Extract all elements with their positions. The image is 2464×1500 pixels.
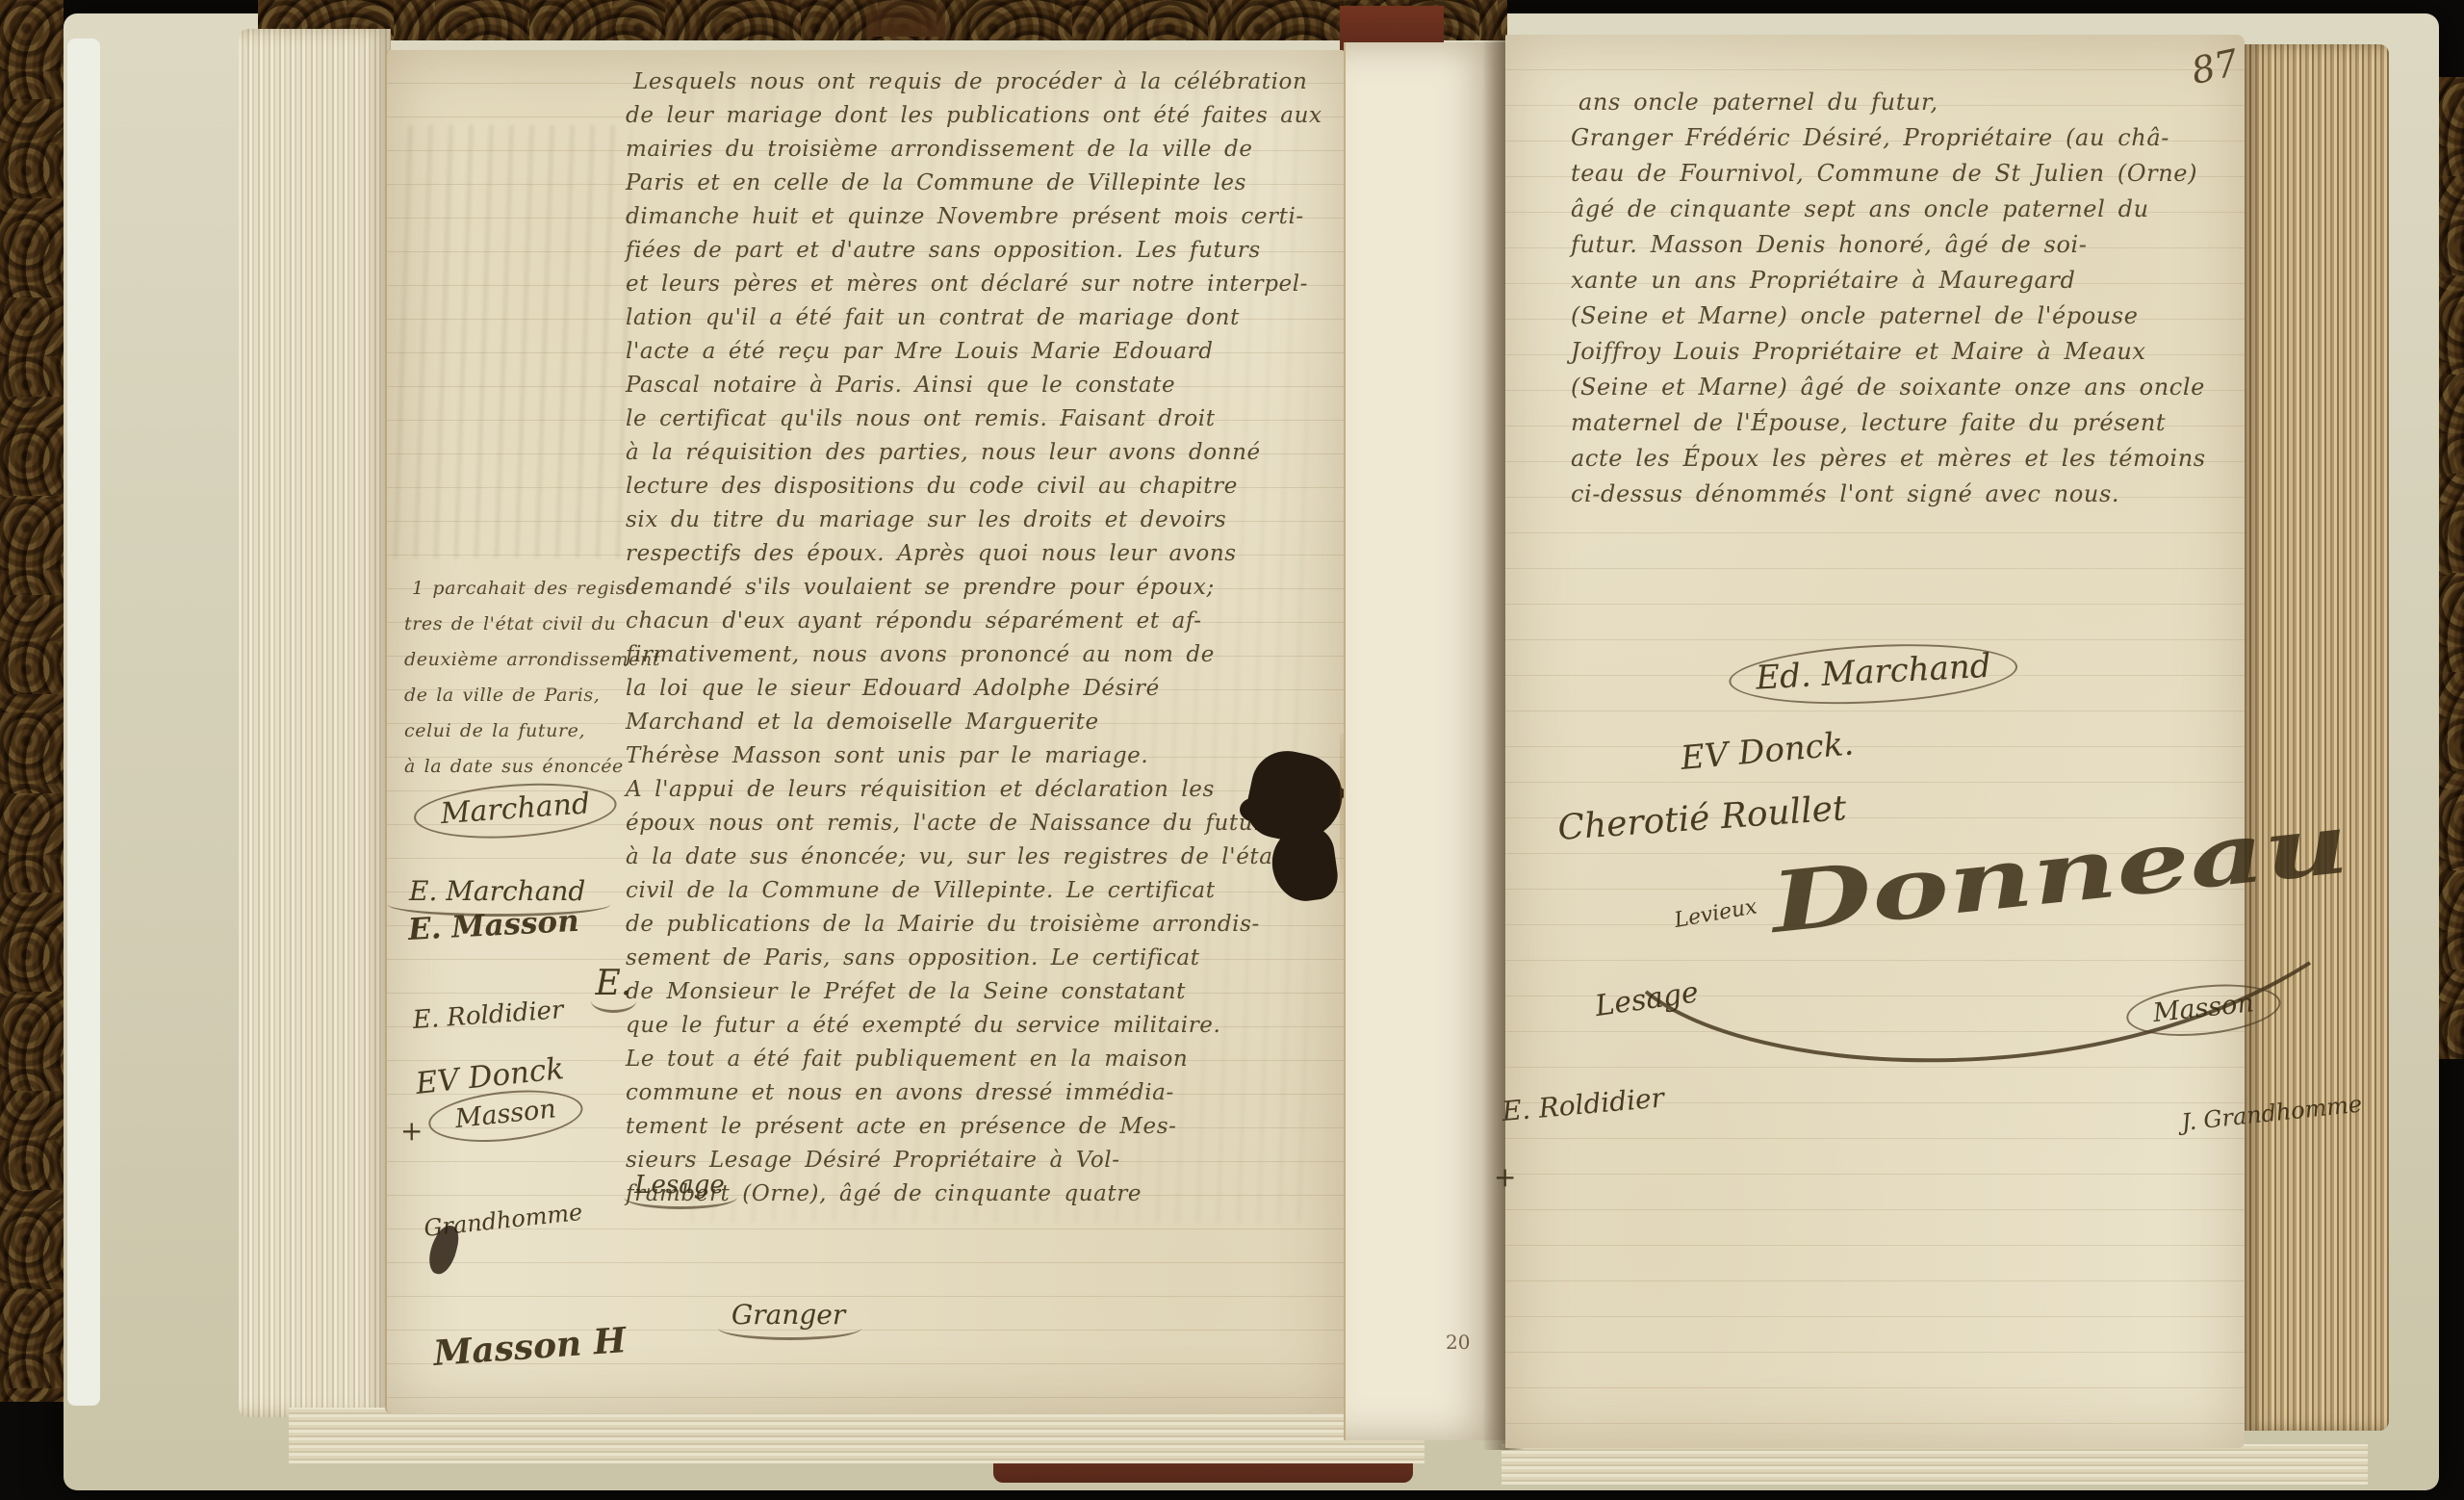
manuscript-line: le certificat qu'ils nous ont remis. Fai… [626, 406, 1343, 440]
bottom-page-edges [289, 1408, 1424, 1463]
signature: Lesage [634, 1171, 725, 1200]
manuscript-line: chacun d'eux ayant répondu séparément et… [626, 608, 1343, 642]
manuscript-text-left: Lesquels nous ont requis de procéder à l… [626, 69, 1343, 1215]
manuscript-line: Thérèse Masson sont unis par le mariage. [626, 743, 1343, 777]
manuscript-line: à la réquisition des parties, nous leur … [626, 440, 1343, 474]
manuscript-line: l'acte a été reçu par Mre Louis Marie Ed… [626, 339, 1343, 373]
manuscript-line: Pascal notaire à Paris. Ainsi que le con… [626, 373, 1343, 406]
manuscript-line: (Seine et Marne) âgé de soixante onze an… [1571, 374, 2245, 409]
manuscript-line: époux nous ont remis, l'acte de Naissanc… [626, 811, 1343, 844]
manuscript-line: (Seine et Marne) oncle paternel de l'épo… [1571, 302, 2245, 338]
margin-note-line: deuxième arrondissement [404, 649, 635, 685]
signature: Granger [731, 1299, 845, 1331]
manuscript-line: demandé s'ils voulaient se prendre pour … [626, 575, 1343, 608]
manuscript-line: ans oncle paternel du futur, [1571, 89, 2245, 124]
signature: E. Marchand [409, 875, 585, 907]
manuscript-line: sieurs Lesage Désiré Propriétaire à Vol- [626, 1148, 1343, 1181]
manuscript-line: Lesquels nous ont requis de procéder à l… [626, 69, 1343, 103]
manuscript-line: âgé de cinquante sept ans oncle paternel… [1571, 195, 2245, 231]
manuscript-line: A l'appui de leurs réquisition et déclar… [626, 777, 1343, 811]
manuscript-text-right: ans oncle paternel du futur, Granger Fré… [1571, 89, 2245, 516]
manuscript-line: de publications de la Mairie du troisièm… [626, 912, 1343, 945]
right-page-edges [2245, 44, 2389, 1431]
guard-sheet-edge [67, 39, 100, 1406]
manuscript-line: de Monsieur le Préfet de la Seine consta… [626, 979, 1343, 1013]
manuscript-line: lation qu'il a été fait un contrat de ma… [626, 305, 1343, 339]
manuscript-line: Marchand et la demoiselle Marguerite [626, 710, 1343, 743]
manuscript-line: firmativement, nous avons prononcé au no… [626, 642, 1343, 676]
bleedthrough-ghost-text [393, 125, 631, 558]
manuscript-line: de leur mariage dont les publications on… [626, 103, 1343, 137]
manuscript-line: ci-dessus dénommés l'ont signé avec nous… [1571, 480, 2245, 516]
manuscript-line: six du titre du mariage sur les droits e… [626, 507, 1343, 541]
cross-mark: + [400, 1115, 423, 1147]
manuscript-line: lecture des dispositions du code civil a… [626, 474, 1343, 507]
manuscript-line: et leurs pères et mères ont déclaré sur … [626, 272, 1343, 305]
manuscript-line: xante un ans Propriétaire à Mauregard [1571, 267, 2245, 302]
manuscript-line: à la date sus énoncée; vu, sur les regis… [626, 844, 1343, 878]
marbled-endpaper-right-edge [2439, 77, 2464, 1059]
margin-note-line: de la ville de Paris, [404, 685, 635, 720]
spine-top-block [866, 0, 945, 37]
manuscript-line: mairies du troisième arrondissement de l… [626, 137, 1343, 170]
pencil-page-number: 20 [1446, 1331, 1470, 1354]
manuscript-line: sement de Paris, sans opposition. Le cer… [626, 945, 1343, 979]
manuscript-line: teau de Fournivol, Commune de St Julien … [1571, 160, 2245, 195]
manuscript-line: maternel de l'Épouse, lecture faite du p… [1571, 409, 2245, 445]
manuscript-line: tement le présent acte en présence de Me… [626, 1114, 1343, 1148]
manuscript-line: futur. Masson Denis honoré, âgé de soi- [1571, 231, 2245, 267]
manuscript-line: que le futur a été exempté du service mi… [626, 1013, 1343, 1047]
manuscript-line: Le tout a été fait publiquement en la ma… [626, 1047, 1343, 1080]
marbled-endpaper-left [0, 0, 64, 1402]
manuscript-line: Joiffroy Louis Propriétaire et Maire à M… [1571, 338, 2245, 374]
manuscript-line: Granger Frédéric Désiré, Propriétaire (a… [1571, 124, 2245, 160]
archive-photo: { "folio_number": "87", "pencil_number":… [0, 0, 2464, 1500]
bottom-right-page-edges [1501, 1444, 2368, 1485]
manuscript-line: la loi que le sieur Edouard Adolphe Dési… [626, 676, 1343, 710]
manuscript-line: Paris et en celle de la Commune de Ville… [626, 170, 1343, 204]
manuscript-line: fiées de part et d'autre sans opposition… [626, 238, 1343, 272]
margin-note-line: celui de la future, [404, 720, 635, 756]
signature: E. [595, 964, 631, 1003]
cross-mark: + [1494, 1161, 1516, 1193]
left-page-edges [239, 29, 391, 1417]
manuscript-line: civil de la Commune de Villepinte. Le ce… [626, 878, 1343, 912]
manuscript-line: acte les Époux les pères et mères et les… [1571, 445, 2245, 480]
margin-note: 1 parcahait des regis- tres de l'état ci… [404, 578, 635, 791]
margin-note-line: tres de l'état civil du [404, 613, 635, 649]
manuscript-line: dimanche huit et quinze Novembre présent… [626, 204, 1343, 238]
manuscript-line: respectifs des époux. Après quoi nous le… [626, 541, 1343, 575]
margin-note-line: 1 parcahait des regis- [404, 578, 635, 613]
manuscript-line: commune et nous en avons dressé immédia- [626, 1080, 1343, 1114]
